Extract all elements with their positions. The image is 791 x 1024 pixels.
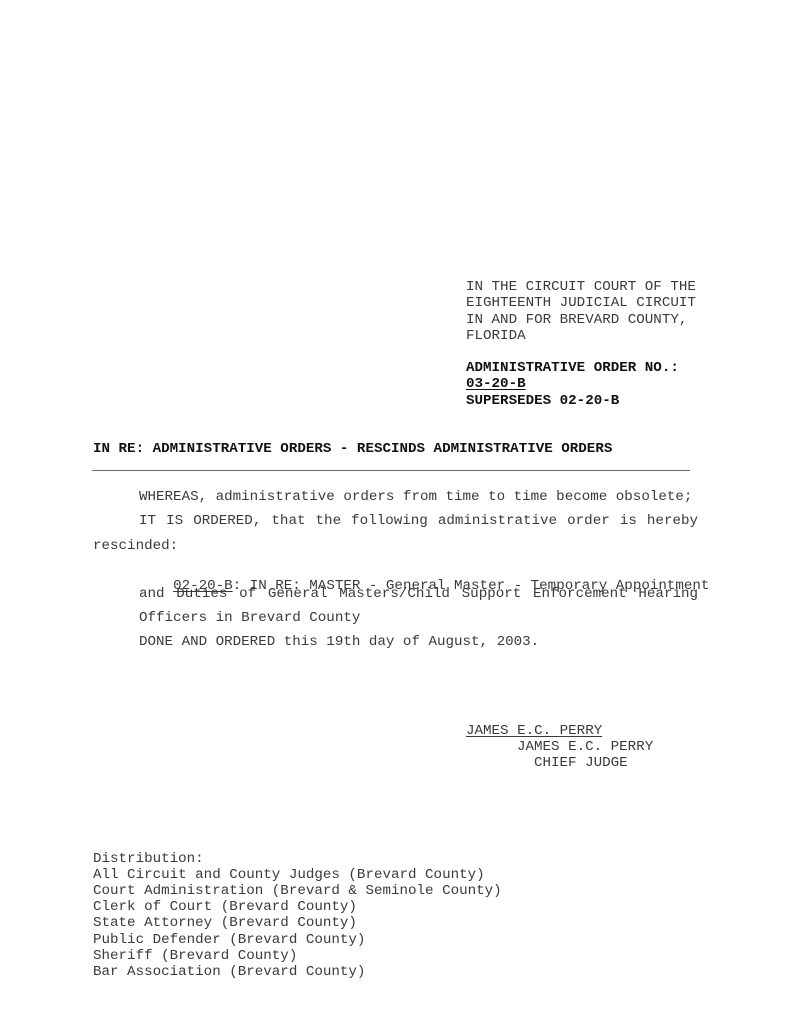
judge-title: CHIEF JUDGE <box>534 755 628 771</box>
distribution-recipient: Bar Association (Brevard County) <box>93 964 365 980</box>
in-re-heading: IN RE: ADMINISTRATIVE ORDERS - RESCINDS … <box>93 441 612 457</box>
distribution-recipient: Court Administration (Brevard & Seminole… <box>93 883 502 899</box>
rescinded-order-line: and Duties of General Masters/Child Supp… <box>139 586 698 602</box>
judge-printed-name: JAMES E.C. PERRY <box>517 739 653 755</box>
court-caption-line: IN THE CIRCUIT COURT OF THE <box>466 279 696 295</box>
document-page: IN THE CIRCUIT COURT OF THE EIGHTEENTH J… <box>0 0 791 1024</box>
distribution-recipient: Public Defender (Brevard County) <box>93 932 365 948</box>
supersedes-note: SUPERSEDES 02-20-B <box>466 393 619 409</box>
distribution-label: Distribution: <box>93 851 204 867</box>
distribution-recipient: All Circuit and County Judges (Brevard C… <box>93 867 485 883</box>
ordered-clause-continuation: rescinded: <box>93 538 178 554</box>
done-and-ordered: DONE AND ORDERED this 19th day of August… <box>139 634 539 650</box>
order-number-label: ADMINISTRATIVE ORDER NO.: <box>466 360 679 376</box>
distribution-recipient: Clerk of Court (Brevard County) <box>93 899 357 915</box>
heading-divider <box>92 470 690 471</box>
ordered-clause-line: IT IS ORDERED, that the following admini… <box>139 513 698 529</box>
whereas-clause: WHEREAS, administrative orders from time… <box>139 489 692 505</box>
court-caption-line: IN AND FOR BREVARD COUNTY, <box>466 312 687 328</box>
court-caption-line: FLORIDA <box>466 328 526 344</box>
rescinded-order-line: Officers in Brevard County <box>139 610 360 626</box>
signature-line: JAMES E.C. PERRY <box>466 723 602 739</box>
distribution-recipient: State Attorney (Brevard County) <box>93 915 357 931</box>
order-number: 03-20-B <box>466 376 526 392</box>
court-caption-line: EIGHTEENTH JUDICIAL CIRCUIT <box>466 295 696 311</box>
distribution-recipient: Sheriff (Brevard County) <box>93 948 297 964</box>
